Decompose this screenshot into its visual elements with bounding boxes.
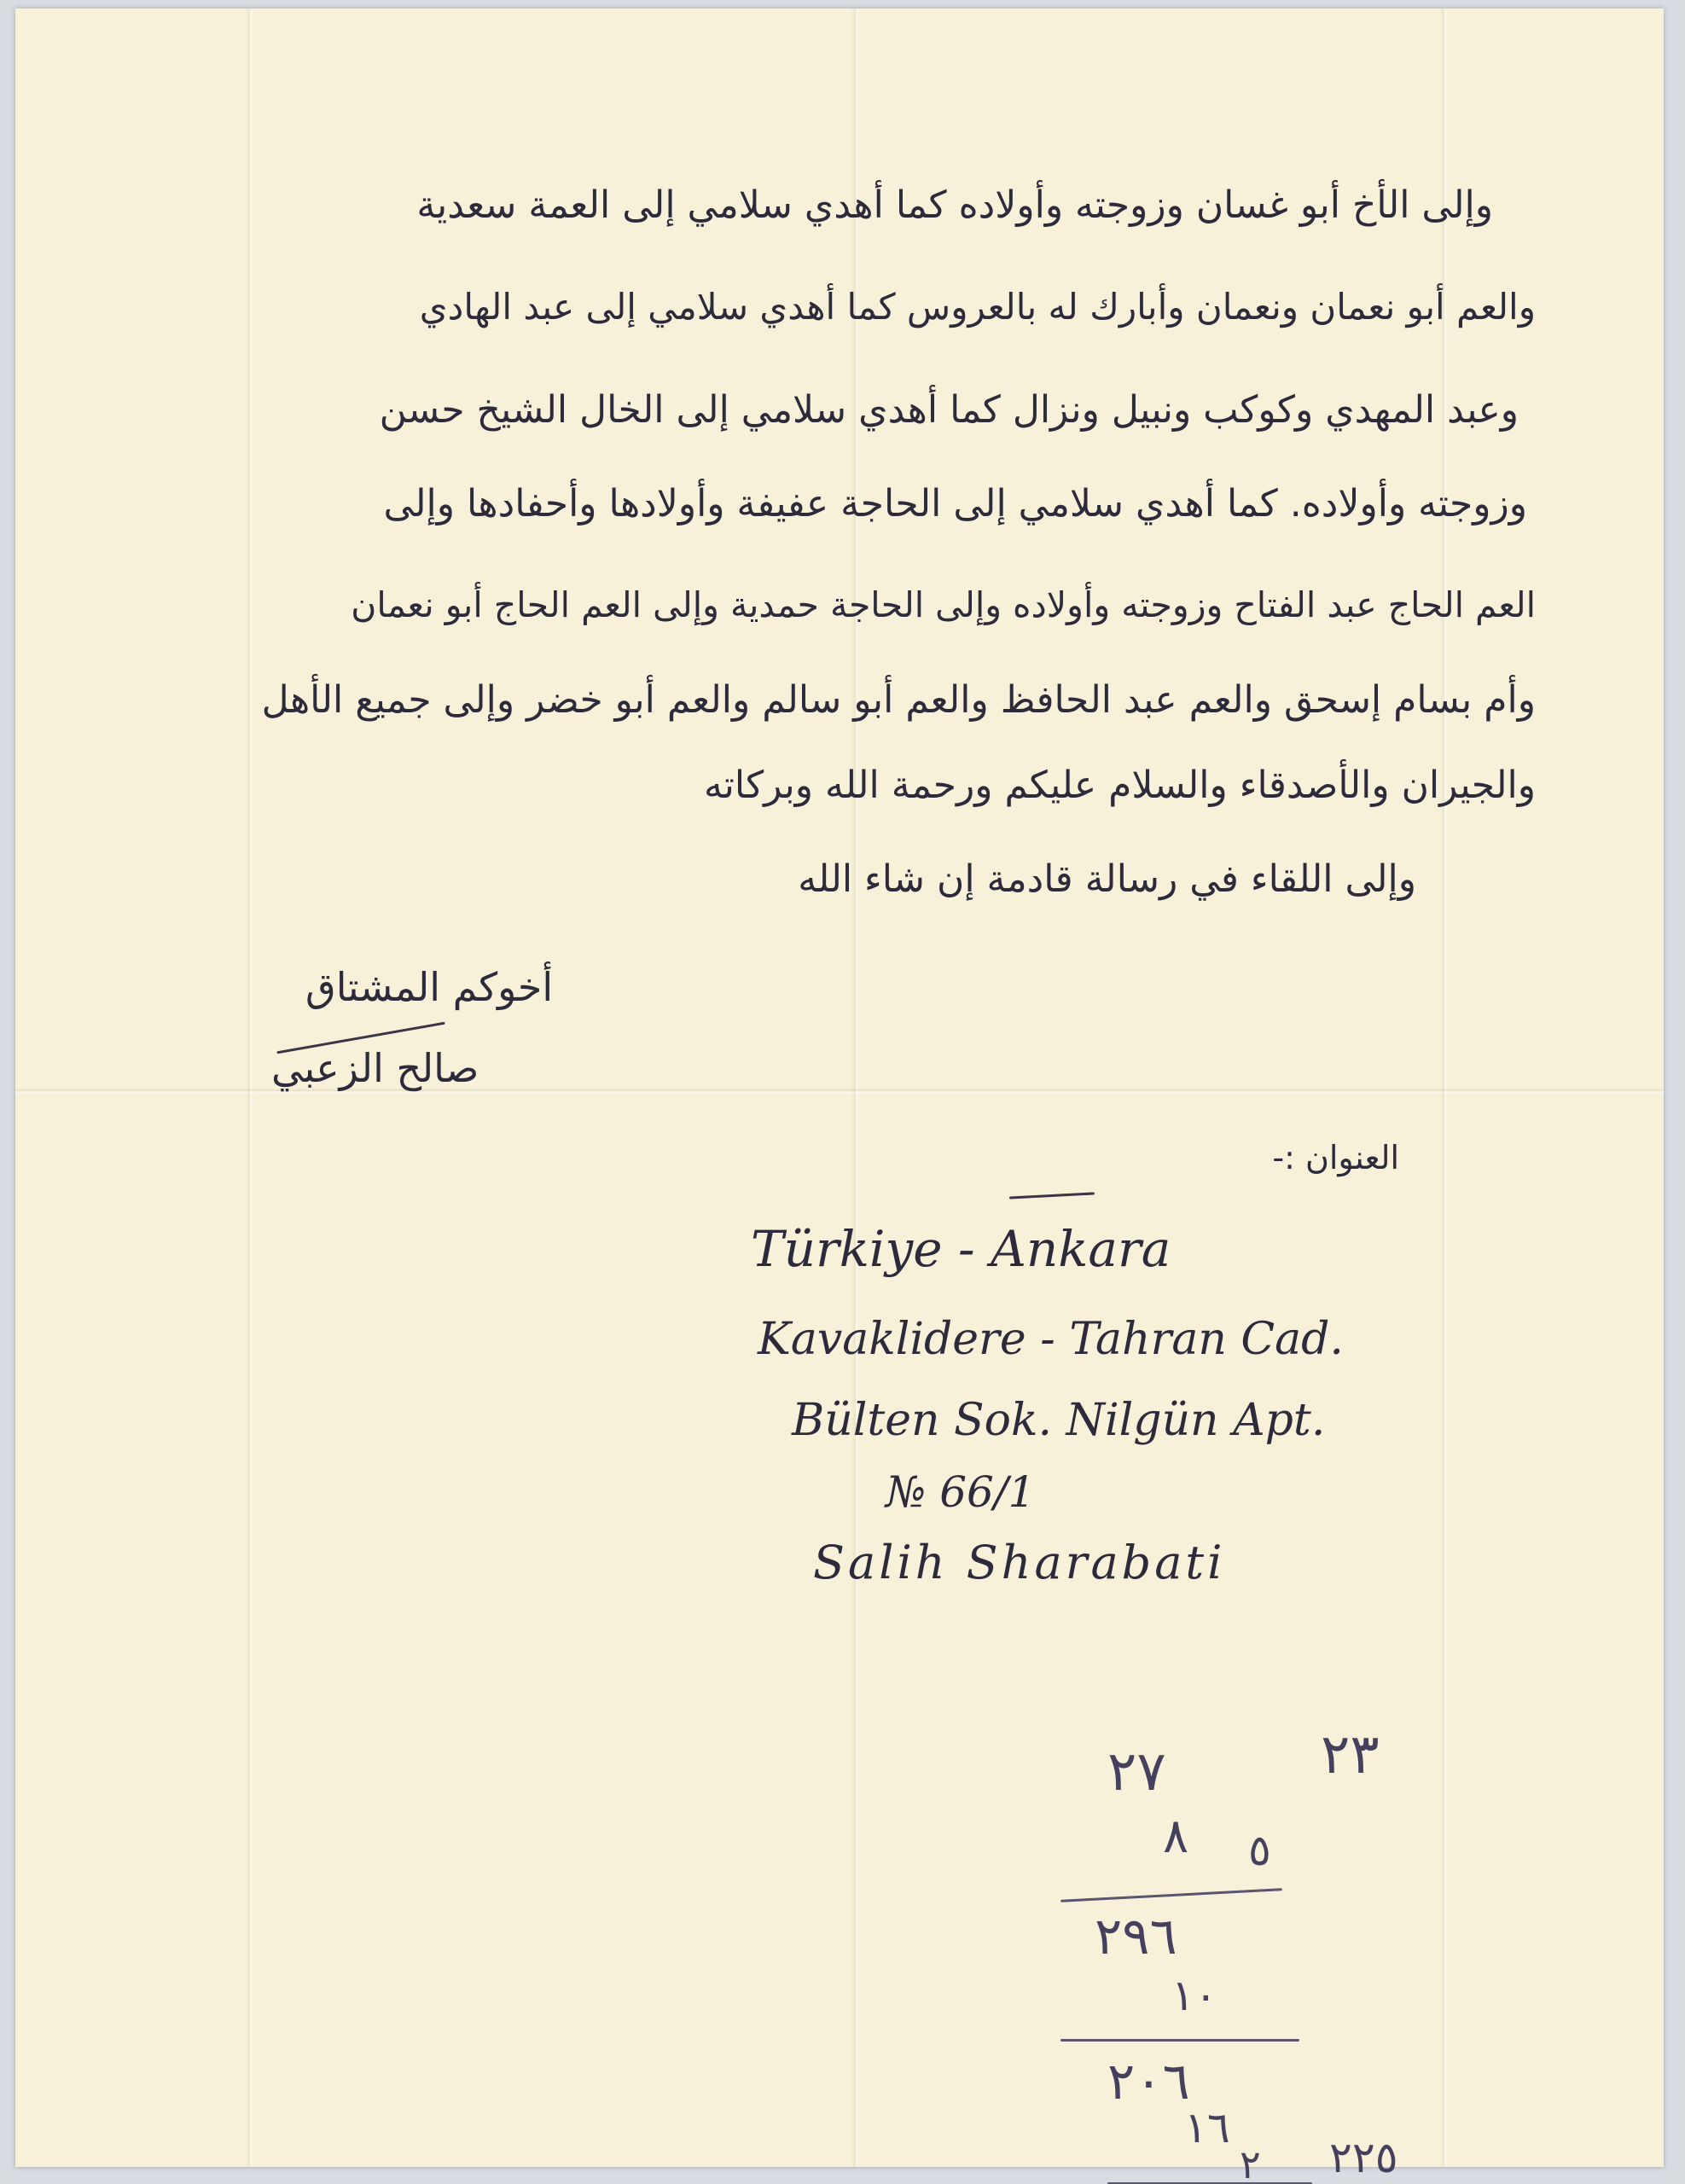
calc-row-6: ١٦	[1184, 2103, 1230, 2152]
body-line-4: وزوجته وأولاده. كما أهدي سلامي إلى الحاج…	[383, 482, 1527, 526]
body-line-6: وأم بسام إسحق والعم عبد الحافظ والعم أبو…	[262, 678, 1536, 722]
letter-paper: وإلى الأخ أبو غسان وزوجته وأولاده كما أه…	[15, 9, 1664, 2167]
signature: صالح الزعبي	[271, 1045, 479, 1091]
address-line-recipient: Salih Sharabati	[813, 1536, 1225, 1589]
calc-row-4: ١٠	[1171, 1971, 1217, 2020]
calc-row-1: ٢٧	[1107, 1740, 1166, 1804]
calc-divider-2	[1060, 2039, 1299, 2042]
address-line-building: Bülten Sok. Nilgün Apt.	[792, 1395, 1325, 1446]
body-line-1: وإلى الأخ أبو غسان وزوجته وأولاده كما أه…	[416, 183, 1493, 227]
body-line-3: وعبد المهدي وكوكب ونبيل ونزال كما أهدي س…	[380, 388, 1519, 432]
calc-row-7: ٢	[1240, 2141, 1261, 2184]
calc-side-bottom: ٢٢٥	[1329, 2133, 1398, 2182]
body-line-8: وإلى اللقاء في رسالة قادمة إن شاء الله	[798, 857, 1416, 901]
calc-side-top: ٢٣	[1321, 1723, 1380, 1786]
calc-side-mid: ٥	[1248, 1826, 1271, 1875]
body-line-7: والجيران والأصدقاء والسلام عليكم ورحمة ا…	[704, 764, 1536, 807]
address-label-underline	[1009, 1192, 1095, 1199]
closing-line: أخوكم المشتاق	[305, 964, 553, 1010]
address-line-country-city: Türkiye - Ankara	[751, 1220, 1171, 1278]
calc-divider-1	[1060, 1888, 1282, 1902]
calc-row-5: ٢٠٦	[1107, 2052, 1190, 2111]
body-line-2: والعم أبو نعمان ونعمان وأبارك له بالعروس…	[420, 286, 1536, 328]
calc-row-3: ٢٩٦	[1095, 1907, 1177, 1966]
address-line-street: Kavaklidere - Tahran Cad.	[758, 1314, 1344, 1365]
calc-row-2: ٨	[1163, 1809, 1188, 1864]
fold-crease-horizontal	[15, 1088, 1664, 1095]
address-label: العنوان :-	[1272, 1139, 1399, 1176]
address-line-number: № 66/1	[886, 1467, 1036, 1517]
body-line-5: العم الحاج عبد الفتاح وزوجته وأولاده وإل…	[351, 584, 1536, 625]
